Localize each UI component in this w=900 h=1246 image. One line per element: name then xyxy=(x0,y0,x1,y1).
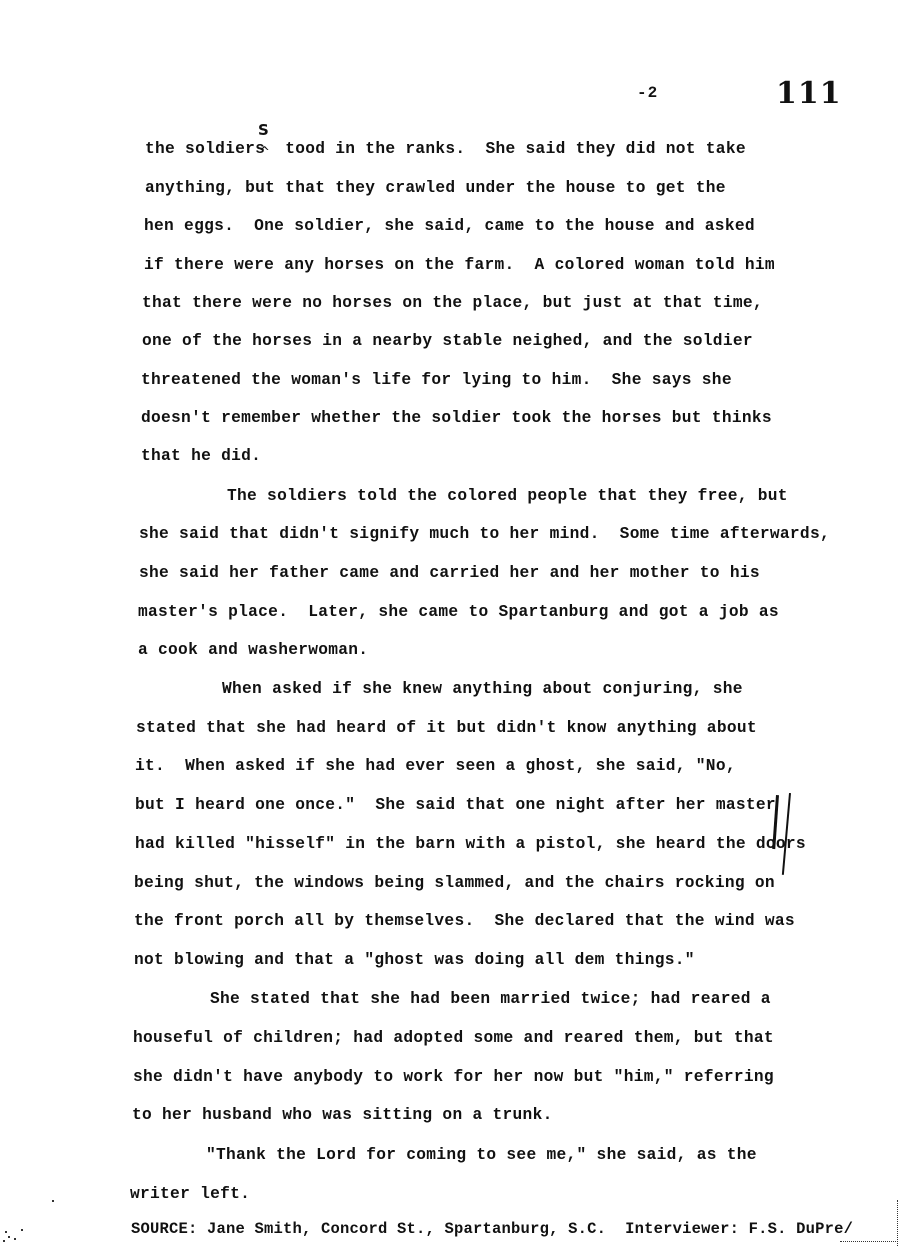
text-line: she said that didn't signify much to her… xyxy=(139,524,830,544)
scan-speck xyxy=(3,1240,5,1242)
text-line: the soldiers tood in the ranks. She said… xyxy=(145,139,746,159)
text-line: one of the horses in a nearby stable nei… xyxy=(142,331,753,351)
text-line: The soldiers told the colored people tha… xyxy=(227,486,788,506)
text-line: that he did. xyxy=(141,446,261,466)
scan-speck xyxy=(52,1200,54,1202)
scan-edge-line xyxy=(897,1200,899,1246)
text-line: she said her father came and carried her… xyxy=(139,563,760,583)
page-number: -2 xyxy=(637,84,658,102)
text-line: not blowing and that a "ghost was doing … xyxy=(134,950,695,970)
text-line: she didn't have anybody to work for her … xyxy=(133,1067,774,1087)
text-line: houseful of children; had adopted some a… xyxy=(133,1028,774,1048)
text-line: hen eggs. One soldier, she said, came to… xyxy=(144,216,755,236)
handwritten-insertion: S xyxy=(258,121,269,139)
text-line: threatened the woman's life for lying to… xyxy=(141,370,732,390)
scan-speck xyxy=(5,1231,7,1233)
text-line: master's place. Later, she came to Spart… xyxy=(138,602,779,622)
text-line: stated that she had heard of it but didn… xyxy=(136,718,757,738)
document-page: -2 111 S ^ the soldiers tood in the rank… xyxy=(0,0,900,1246)
text-line: "Thank the Lord for coming to see me," s… xyxy=(206,1145,757,1165)
folio-number: 111 xyxy=(776,76,842,111)
text-line: to her husband who was sitting on a trun… xyxy=(132,1105,553,1125)
text-line: When asked if she knew anything about co… xyxy=(222,679,743,699)
scan-speck xyxy=(14,1238,16,1240)
text-line: if there were any horses on the farm. A … xyxy=(144,255,775,275)
text-line: doesn't remember whether the soldier too… xyxy=(141,408,772,428)
text-line: anything, but that they crawled under th… xyxy=(145,178,726,198)
scan-speck xyxy=(8,1236,10,1238)
text-line: being shut, the windows being slammed, a… xyxy=(134,873,775,893)
scan-speck xyxy=(21,1229,23,1231)
text-line: it. When asked if she had ever seen a gh… xyxy=(135,756,736,776)
text-line: the front porch all by themselves. She d… xyxy=(134,911,795,931)
text-line: a cook and washerwoman. xyxy=(138,640,368,660)
text-line: that there were no horses on the place, … xyxy=(142,293,763,313)
source-line: SOURCE: Jane Smith, Concord St., Spartan… xyxy=(131,1220,853,1238)
text-line: writer left. xyxy=(130,1184,250,1204)
scan-edge-line xyxy=(840,1241,898,1243)
text-line: had killed "hisself" in the barn with a … xyxy=(135,834,806,854)
text-line: She stated that she had been married twi… xyxy=(210,989,771,1009)
text-line: but I heard one once." She said that one… xyxy=(135,795,776,815)
